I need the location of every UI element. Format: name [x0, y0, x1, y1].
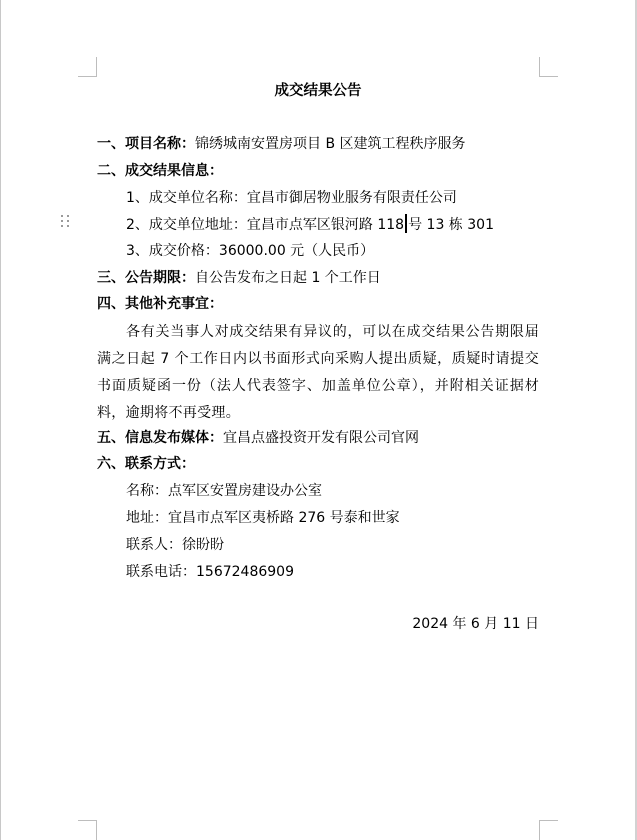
item-value: 36000.00 元（人民币）: [219, 243, 374, 259]
section-project-name: 一、项目名称：锦绣城南安置房项目 B 区建筑工程秩序服务: [97, 134, 466, 154]
margin-corner-mark-bottom-right: [539, 820, 558, 840]
document-title: 成交结果公告: [97, 81, 539, 101]
section-value: 自公告发布之日起 1 个工作日: [195, 270, 381, 286]
section-supplementary: 四、其他补充事宜：: [97, 294, 223, 314]
supplementary-paragraph: 各有关当事人对成交结果有异议的，可以在成交结果公告期限届满之日起 7 个工作日内…: [97, 319, 539, 427]
item-label: 1、成交单位名称：: [126, 190, 247, 206]
margin-corner-mark-bottom-left: [78, 820, 97, 840]
margin-corner-mark-top-right: [539, 57, 558, 77]
item-value: 点军区安置房建设办公室: [168, 483, 322, 499]
item-label: 联系人：: [126, 537, 182, 553]
contact-item-address: 地址：宜昌市点军区夷桥路 276 号泰和世家: [126, 508, 400, 528]
result-item-price: 3、成交价格：36000.00 元（人民币）: [126, 241, 374, 261]
item-value: 宜昌市点军区夷桥路 276 号泰和世家: [168, 510, 400, 526]
item-label: 地址：: [126, 510, 168, 526]
section-label: 一、项目名称：: [97, 136, 195, 152]
item-value: 徐盼盼: [182, 537, 224, 553]
section-label: 四、其他补充事宜：: [97, 296, 223, 312]
item-label: 3、成交价格：: [126, 243, 219, 259]
item-label: 名称：: [126, 483, 168, 499]
item-value: 15672486909: [196, 564, 294, 580]
margin-corner-mark-top-left: [78, 57, 97, 77]
section-result-info: 二、成交结果信息：: [97, 161, 223, 181]
paragraph-drag-handle-icon[interactable]: [61, 215, 70, 228]
contact-item-phone: 联系电话：15672486909: [126, 562, 294, 582]
section-label: 五、信息发布媒体：: [97, 430, 223, 446]
item-value: 宜昌市点军区银河路 118: [247, 217, 404, 233]
result-item-company-address: 2、成交单位地址：宜昌市点军区银河路 118号 13 栋 301: [126, 214, 494, 235]
item-label: 2、成交单位地址：: [126, 217, 247, 233]
section-label: 三、公告期限：: [97, 270, 195, 286]
section-value: 宜昌点盛投资开发有限公司官网: [223, 430, 419, 446]
section-value: 锦绣城南安置房项目 B 区建筑工程秩序服务: [195, 136, 466, 152]
section-announcement-period: 三、公告期限：自公告发布之日起 1 个工作日: [97, 268, 381, 288]
contact-item-name: 名称：点军区安置房建设办公室: [126, 481, 322, 501]
section-publication-media: 五、信息发布媒体：宜昌点盛投资开发有限公司官网: [97, 428, 419, 448]
section-contact: 六、联系方式：: [97, 454, 195, 474]
text-cursor: [405, 214, 407, 233]
section-label: 二、成交结果信息：: [97, 163, 223, 179]
contact-item-person: 联系人：徐盼盼: [126, 535, 224, 555]
item-label: 联系电话：: [126, 564, 196, 580]
document-date: 2024 年 6 月 11 日: [412, 614, 539, 634]
item-value: 宜昌市御居物业服务有限责任公司: [247, 190, 457, 206]
item-value-cont: 号 13 栋 301: [408, 217, 494, 233]
page-edge-left: [0, 0, 1, 840]
section-label: 六、联系方式：: [97, 456, 195, 472]
result-item-company-name: 1、成交单位名称：宜昌市御居物业服务有限责任公司: [126, 188, 457, 208]
